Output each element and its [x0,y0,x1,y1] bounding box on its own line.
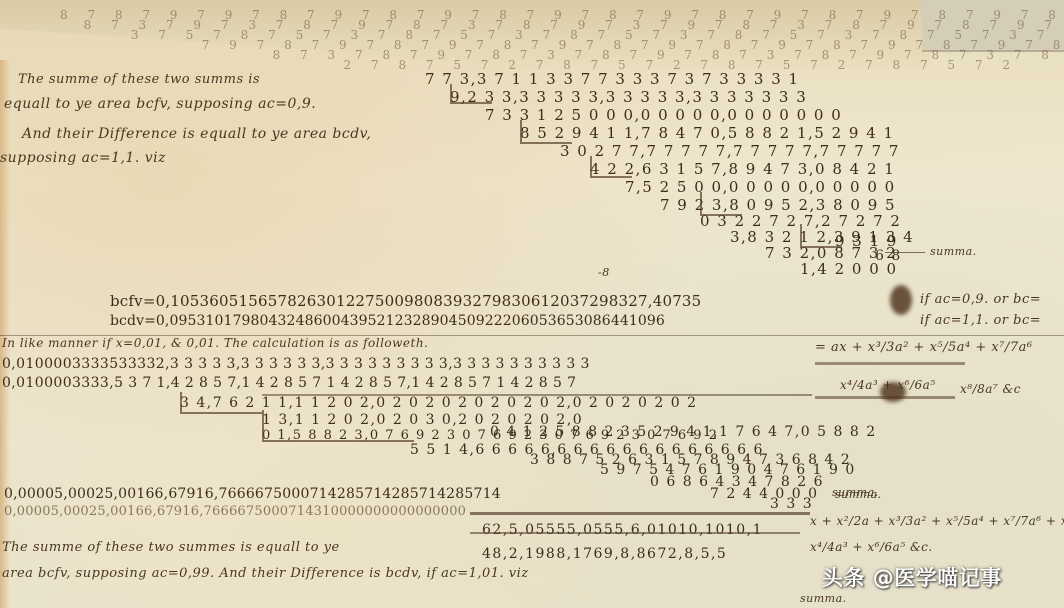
table-row: 9,2 3 3,3 3 3 3 3,3 3 3 3 3,3 3 3 3 3 3 … [450,88,807,106]
text-line: supposing ac=1,1. viz [0,150,166,166]
series-formula: x⁸/8a⁷ &c [960,382,1021,396]
staircase-line [520,120,572,144]
staircase-line [700,192,742,216]
text-line: The summe of these two summes is equall … [2,540,340,555]
text-line: And their Difference is equall to ye are… [22,126,371,142]
table-row: 0,00005,00025,00166,67916,76666750007142… [4,486,501,502]
table-row: 62,5,05555,0555,6,01010,1010,1 [482,522,763,538]
staircase-line [450,84,492,104]
underline [815,362,965,365]
strike-line [470,512,810,515]
intro-line: In like manner if x=0,01, & 0,01. The ca… [2,336,428,350]
staircase-line [590,156,632,178]
strike-line [262,394,812,396]
table-row: 48,2,1988,1769,8,8672,8,5,5 [482,546,727,562]
manuscript-page: 8 7 8 7 9 7 9 7 8 7 9 7 8 7 9 7 8 7 9 7 … [0,0,1064,608]
table-row: 8 5 2 9 4 1 1,7 8 4 7 0,5 8 8 2 1,5 2 9 … [520,124,895,142]
table-row: 0,0100003333533332,3 3 3 3 3,3 3 3 3 3 3… [2,356,590,372]
table-row: 7,5 2 5 0 0,0 0 0 0 0,0 0 0 0 0 [625,178,896,196]
series-formula: x + x²/2a + x³/3a² + x⁵/5a⁴ + x⁷/7a⁶ + x… [810,514,1064,528]
ink-blot [890,285,912,315]
summa-label: summa. [800,592,847,605]
bcfv-value: bcfv=0,105360515657826301227500980839327… [110,292,701,310]
staircase-line [800,224,842,248]
table-row: 0,0100003333,5 3 7 1,4 2 8 5 7,1 4 2 8 5… [2,375,576,391]
source-watermark: 头条 @医学喵记事 [822,562,1002,592]
series-formula: x⁴/4a³ + x⁶/6a⁵ &c. [810,540,933,554]
bcdv-condition: if ac=1,1. or bc= [920,313,1041,328]
ink-blot [880,382,906,402]
table-row: 0 4 1 2 5 8 8 2 3 5 2 9 4 1,1 7 6 4 7,0 … [490,424,877,440]
series-formula: = ax + x³/3a² + x⁵/5a⁴ + x⁷/7a⁶ [815,340,1033,355]
table-row: 4 2 2,6 3 1 5 7,8 9 4 7 3,0 8 4 2 1 [590,160,895,178]
text-line: equall to ye area bcfv, supposing ac=0,9… [4,96,316,112]
exponent-marker: -8 [598,266,610,279]
text-line: The summe of these two summs is [18,72,260,87]
page-edge-stain [0,60,10,608]
summa-label: summa. [930,245,977,258]
text-line: area bcfv, supposing ac=0,99. And their … [2,566,529,581]
table-row: 6 8 [875,248,902,264]
bcdv-value: bcdv=0,095310179804324860043952123289045… [110,313,665,329]
bcfv-condition: if ac=0,9. or bc= [920,292,1041,307]
table-row: 0,00005,00025,00166,67916,76666750007143… [4,504,466,519]
table-row: 3 3 3 [770,496,813,512]
same-label: summa. [832,486,879,499]
strike-line [470,532,800,534]
staircase-line [262,410,414,442]
sum-rule [885,252,925,253]
staircase-line [180,392,262,414]
